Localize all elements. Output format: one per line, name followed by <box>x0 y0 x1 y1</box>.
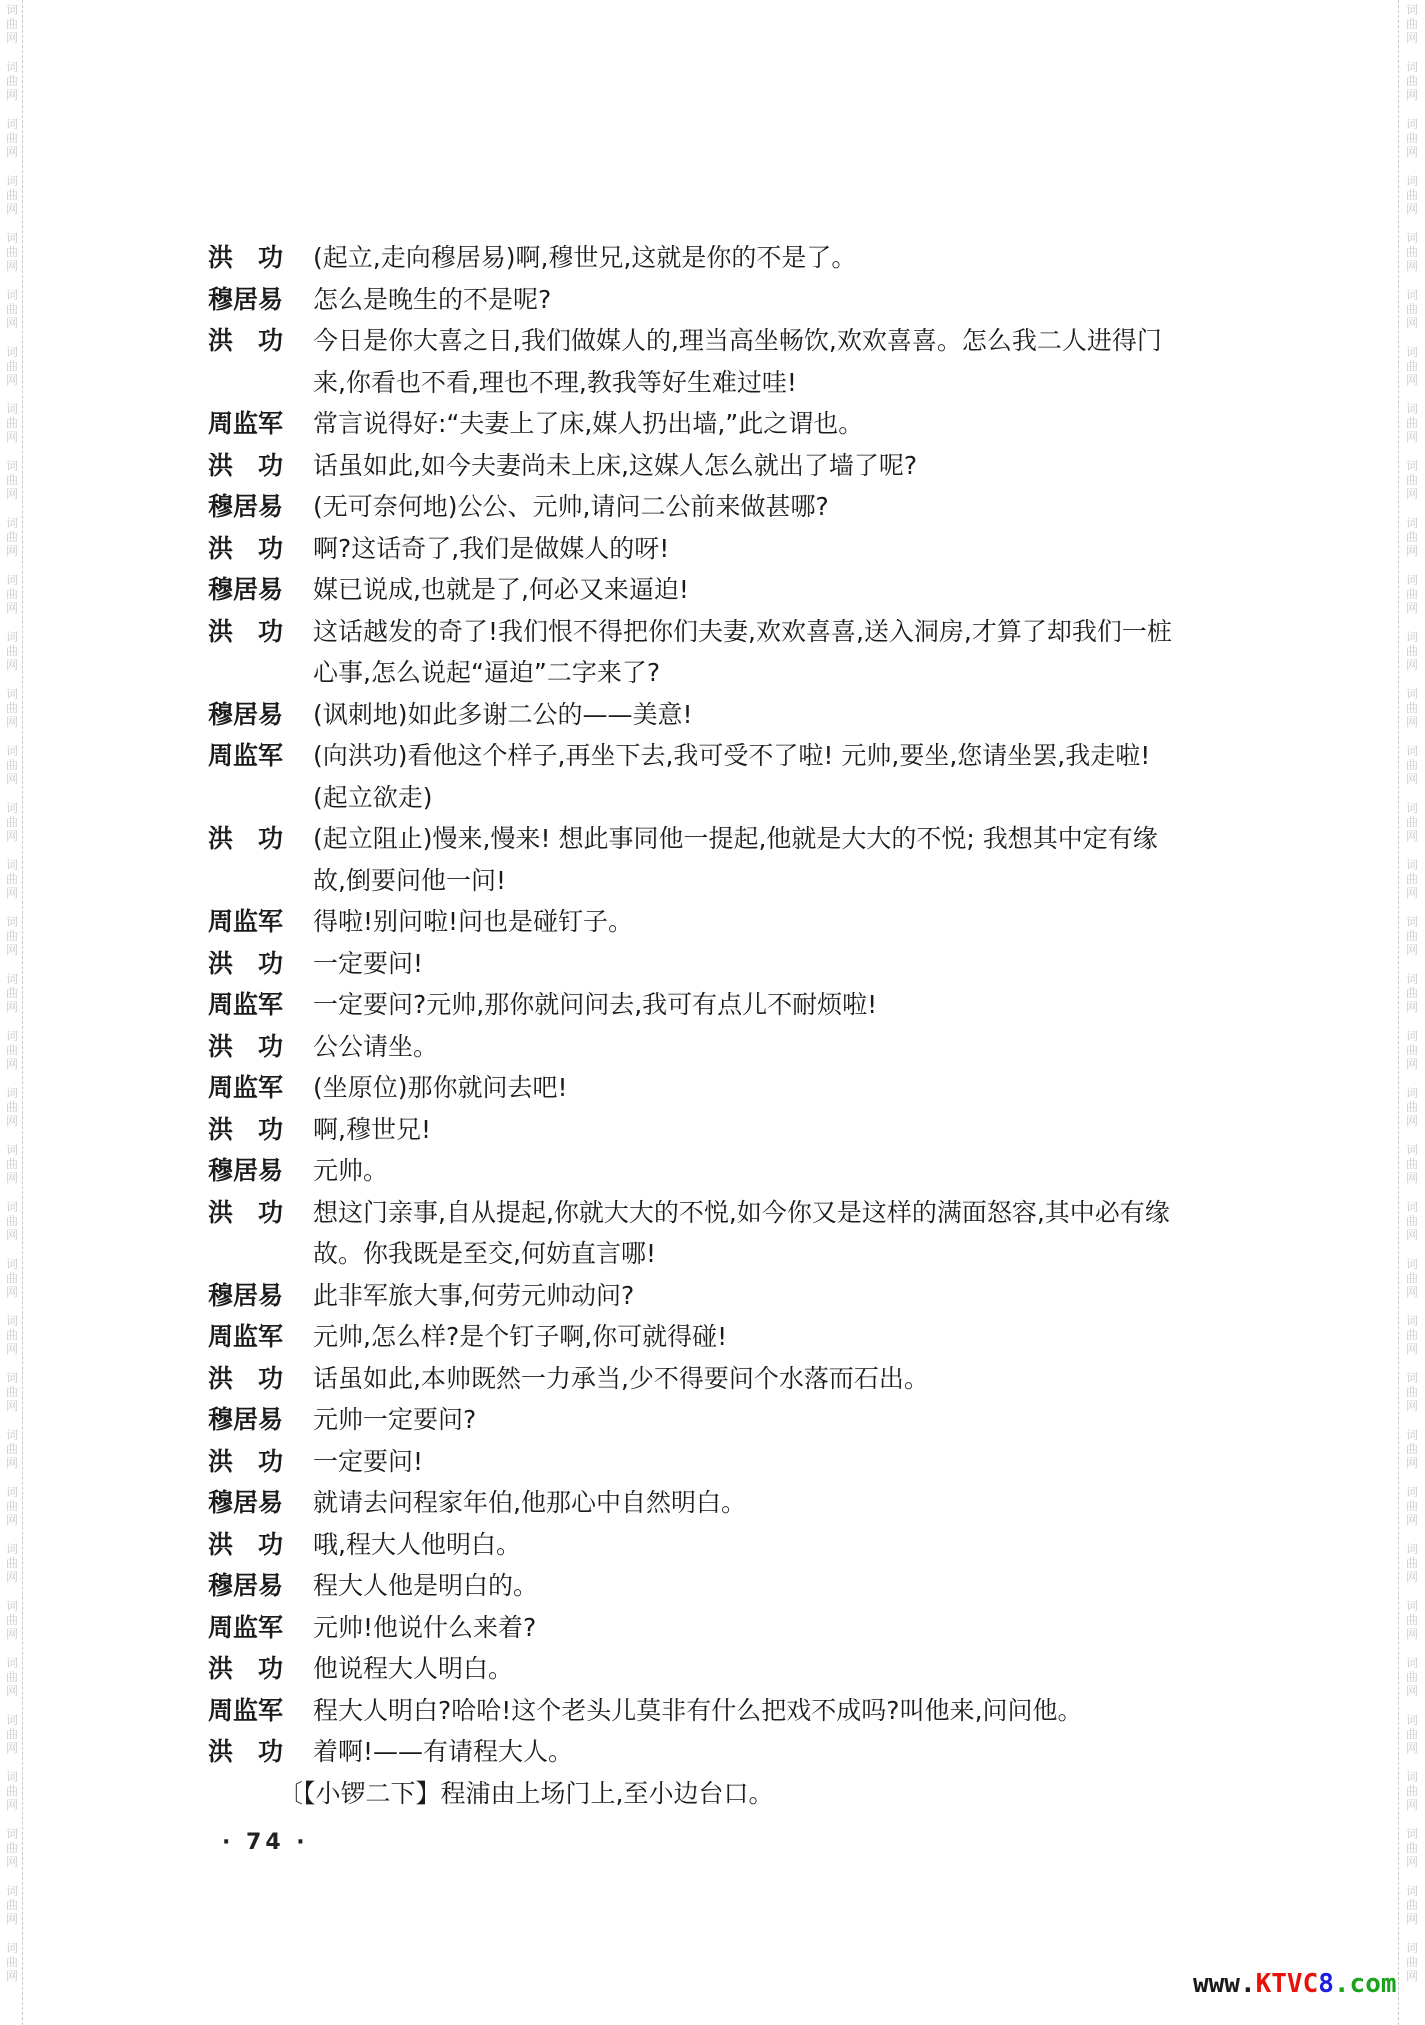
edge-watermark-text: 词曲网 <box>1404 117 1420 159</box>
edge-watermark-text: 词曲网 <box>1404 60 1420 102</box>
scanned-page: 词曲网词曲网词曲网词曲网词曲网词曲网词曲网词曲网词曲网词曲网词曲网词曲网词曲网词… <box>0 0 1425 2025</box>
speaker-name: 穆居易 <box>208 569 283 611</box>
speech: 想这门亲事,自从提起,你就大大的不悦,如今你又是这样的满面怒容,其中必有缘故。你… <box>313 1192 1170 1275</box>
speech: 话虽如此,本帅既然一力承当,少不得要问个水落而石出。 <box>313 1358 929 1400</box>
speaker-name: 周监军 <box>208 1690 283 1732</box>
dialogue-line: 一定要问?元帅,那你就问问去,我可有点儿不耐烦啦! <box>313 984 877 1026</box>
speaker-name: 洪 功 <box>208 818 283 860</box>
speech: (讽刺地)如此多谢二公的——美意! <box>313 694 693 736</box>
edge-watermark-text: 词曲网 <box>4 1941 20 1983</box>
speech: 啊?这话奇了,我们是做媒人的呀! <box>313 528 669 570</box>
edge-watermark-text: 词曲网 <box>4 345 20 387</box>
speaker-name: 穆居易 <box>208 1150 283 1192</box>
edge-watermark-text: 词曲网 <box>4 402 20 444</box>
dialogue-line: 想这门亲事,自从提起,你就大大的不悦,如今你又是这样的满面怒容,其中必有缘 <box>313 1192 1170 1234</box>
edge-watermark-text: 词曲网 <box>4 1542 20 1584</box>
edge-watermark-text: 词曲网 <box>4 231 20 273</box>
script-line: 周监军(坐原位)那你就问去吧! <box>208 1067 1298 1109</box>
dialogue-line: (起立阻止)慢来,慢来! 想此事同他一提起,他就是大大的不悦; 我想其中定有缘 <box>313 818 1158 860</box>
speaker-name: 穆居易 <box>208 279 283 321</box>
edge-watermark-text: 词曲网 <box>4 744 20 786</box>
speaker-name: 洪 功 <box>208 1109 283 1151</box>
speaker-name: 穆居易 <box>208 1399 283 1441</box>
dialogue-line: 啊?这话奇了,我们是做媒人的呀! <box>313 528 669 570</box>
edge-watermark-text: 词曲网 <box>1404 231 1420 273</box>
dialogue-line: 公公请坐。 <box>313 1026 438 1068</box>
script-line: 洪 功一定要问! <box>208 943 1298 985</box>
speech: 他说程大人明白。 <box>313 1648 513 1690</box>
script-line: 洪 功话虽如此,本帅既然一力承当,少不得要问个水落而石出。 <box>208 1358 1298 1400</box>
edge-watermark-text: 词曲网 <box>1404 972 1420 1014</box>
script-line: 穆居易怎么是晚生的不是呢? <box>208 279 1298 321</box>
edge-watermark-text: 词曲网 <box>1404 630 1420 672</box>
speaker-name: 穆居易 <box>208 486 283 528</box>
dialogue-line: 此非军旅大事,何劳元帅动问? <box>313 1275 634 1317</box>
edge-watermark-text: 词曲网 <box>1404 1656 1420 1698</box>
speech: 一定要问! <box>313 1441 423 1483</box>
edge-watermark-text: 词曲网 <box>4 288 20 330</box>
speech: 今日是你大喜之日,我们做媒人的,理当高坐畅饮,欢欢喜喜。怎么我二人进得门来,你看… <box>313 320 1162 403</box>
dialogue-line: 话虽如此,如今夫妻尚未上床,这媒人怎么就出了墙了呢? <box>313 445 917 487</box>
speech: 元帅。 <box>313 1150 388 1192</box>
edge-watermark-text: 词曲网 <box>4 1827 20 1869</box>
edge-watermark-text: 词曲网 <box>4 1884 20 1926</box>
dialogue-line: 话虽如此,本帅既然一力承当,少不得要问个水落而石出。 <box>313 1358 929 1400</box>
speaker-name: 洪 功 <box>208 320 283 362</box>
edge-watermark-text: 词曲网 <box>1404 288 1420 330</box>
script-line: 洪 功公公请坐。 <box>208 1026 1298 1068</box>
script-line: 穆居易(讽刺地)如此多谢二公的——美意! <box>208 694 1298 736</box>
edge-watermark-text: 词曲网 <box>1404 915 1420 957</box>
edge-watermark-text: 词曲网 <box>1404 1200 1420 1242</box>
edge-watermark-text: 词曲网 <box>1404 459 1420 501</box>
dialogue-line: 媒已说成,也就是了,何必又来逼迫! <box>313 569 689 611</box>
speaker-name: 洪 功 <box>208 1731 283 1773</box>
script-line: 穆居易媒已说成,也就是了,何必又来逼迫! <box>208 569 1298 611</box>
edge-watermark-text: 词曲网 <box>1404 858 1420 900</box>
edge-watermark-text: 词曲网 <box>4 60 20 102</box>
speaker-name: 洪 功 <box>208 1648 283 1690</box>
script-line: 周监军元帅!他说什么来着? <box>208 1607 1298 1649</box>
edge-watermark-text: 词曲网 <box>1404 1371 1420 1413</box>
page-number: · 74 · <box>222 1830 309 1855</box>
speaker-name: 洪 功 <box>208 445 283 487</box>
script-line: 穆居易元帅。 <box>208 1150 1298 1192</box>
edge-watermark-text: 词曲网 <box>1404 1314 1420 1356</box>
dialogue-line: 着啊!——有请程大人。 <box>313 1731 573 1773</box>
speaker-name: 周监军 <box>208 1067 283 1109</box>
speech: 怎么是晚生的不是呢? <box>313 279 551 321</box>
edge-watermark-text: 词曲网 <box>4 1029 20 1071</box>
dialogue-line: 程大人他是明白的。 <box>313 1565 538 1607</box>
edge-watermark-text: 词曲网 <box>4 972 20 1014</box>
speaker-name: 周监军 <box>208 403 283 445</box>
script-line: 周监军常言说得好:“夫妻上了床,媒人扔出墙,”此之谓也。 <box>208 403 1298 445</box>
script-line: 洪 功着啊!——有请程大人。 <box>208 1731 1298 1773</box>
edge-watermark-text: 词曲网 <box>4 459 20 501</box>
speech: (无可奈何地)公公、元帅,请问二公前来做甚哪? <box>313 486 829 528</box>
speech: 哦,程大人他明白。 <box>313 1524 521 1566</box>
edge-watermark-text: 词曲网 <box>1404 1029 1420 1071</box>
speaker-name: 洪 功 <box>208 1026 283 1068</box>
edge-watermark-text: 词曲网 <box>1404 1086 1420 1128</box>
edge-watermark-text: 词曲网 <box>1404 1770 1420 1812</box>
script-line: 周监军程大人明白?哈哈!这个老头儿莫非有什么把戏不成吗?叫他来,问问他。 <box>208 1690 1298 1732</box>
edge-watermark-text: 词曲网 <box>1404 516 1420 558</box>
script-line: 洪 功啊,穆世兄! <box>208 1109 1298 1151</box>
edge-watermark-text: 词曲网 <box>4 1599 20 1641</box>
dialogue-line: 常言说得好:“夫妻上了床,媒人扔出墙,”此之谓也。 <box>313 403 863 445</box>
speaker-name: 洪 功 <box>208 1192 283 1234</box>
speech: (起立阻止)慢来,慢来! 想此事同他一提起,他就是大大的不悦; 我想其中定有缘故… <box>313 818 1158 901</box>
edge-watermark-text: 词曲网 <box>1404 1257 1420 1299</box>
script-line: 周监军(向洪功)看他这个样子,再坐下去,我可受不了啦! 元帅,要坐,您请坐罢,我… <box>208 735 1298 818</box>
speaker-name: 周监军 <box>208 1607 283 1649</box>
speech: 得啦!别问啦!问也是碰钉子。 <box>313 901 633 943</box>
script-line: 洪 功一定要问! <box>208 1441 1298 1483</box>
dialogue-line: 故。你我既是至交,何妨直言哪! <box>313 1233 1170 1275</box>
edge-watermark-text: 词曲网 <box>4 858 20 900</box>
speech: 元帅!他说什么来着? <box>313 1607 536 1649</box>
dialogue-line: (讽刺地)如此多谢二公的——美意! <box>313 694 693 736</box>
dialogue-line: (起立欲走) <box>313 777 1150 819</box>
edge-watermark-text: 词曲网 <box>4 1713 20 1755</box>
speech: 常言说得好:“夫妻上了床,媒人扔出墙,”此之谓也。 <box>313 403 863 445</box>
edge-watermark-text: 词曲网 <box>4 1086 20 1128</box>
script-line: 穆居易元帅一定要问? <box>208 1399 1298 1441</box>
edge-watermark-text: 词曲网 <box>4 630 20 672</box>
site-watermark-segment: www. <box>1193 1969 1256 1999</box>
script-line: 洪 功今日是你大喜之日,我们做媒人的,理当高坐畅饮,欢欢喜喜。怎么我二人进得门来… <box>208 320 1298 403</box>
speaker-name: 周监军 <box>208 984 283 1026</box>
edge-watermark-text: 词曲网 <box>4 1428 20 1470</box>
edge-watermark-text: 词曲网 <box>4 1257 20 1299</box>
script-body: 洪 功(起立,走向穆居易)啊,穆世兄,这就是你的不是了。穆居易怎么是晚生的不是呢… <box>208 237 1298 1814</box>
stage-direction-text: 〔【小锣二下】程浦由上场门上,至小边台口。 <box>278 1773 1298 1815</box>
speaker-name: 洪 功 <box>208 1524 283 1566</box>
script-line: 穆居易程大人他是明白的。 <box>208 1565 1298 1607</box>
speech: 这话越发的奇了!我们恨不得把你们夫妻,欢欢喜喜,送入洞房,才算了却我们一桩心事,… <box>313 611 1172 694</box>
dialogue-line: (向洪功)看他这个样子,再坐下去,我可受不了啦! 元帅,要坐,您请坐罢,我走啦! <box>313 735 1150 777</box>
dialogue-line: 他说程大人明白。 <box>313 1648 513 1690</box>
dialogue-line: (坐原位)那你就问去吧! <box>313 1067 568 1109</box>
speaker-name: 穆居易 <box>208 694 283 736</box>
edge-watermark-text: 词曲网 <box>1404 174 1420 216</box>
edge-watermark-text: 词曲网 <box>1404 1941 1420 1983</box>
speaker-name: 周监军 <box>208 1316 283 1358</box>
speech: 公公请坐。 <box>313 1026 438 1068</box>
edge-watermark-text: 词曲网 <box>1404 1827 1420 1869</box>
edge-watermark-text: 词曲网 <box>1404 1143 1420 1185</box>
dialogue-line: 就请去问程家年伯,他那心中自然明白。 <box>313 1482 746 1524</box>
speech: 话虽如此,如今夫妻尚未上床,这媒人怎么就出了墙了呢? <box>313 445 917 487</box>
edge-watermark-text: 词曲网 <box>1404 573 1420 615</box>
stage-direction: 〔【小锣二下】程浦由上场门上,至小边台口。 <box>278 1773 1298 1815</box>
speech: (坐原位)那你就问去吧! <box>313 1067 568 1109</box>
speaker-name: 穆居易 <box>208 1565 283 1607</box>
dialogue-line: 故,倒要问他一问! <box>313 860 1158 902</box>
dialogue-line: 哦,程大人他明白。 <box>313 1524 521 1566</box>
site-watermark-segment: KTVC <box>1256 1969 1319 1999</box>
edge-watermark-text: 词曲网 <box>4 117 20 159</box>
script-line: 洪 功(起立阻止)慢来,慢来! 想此事同他一提起,他就是大大的不悦; 我想其中定… <box>208 818 1298 901</box>
speaker-name: 洪 功 <box>208 1358 283 1400</box>
dialogue-line: 元帅一定要问? <box>313 1399 476 1441</box>
dialogue-line: 来,你看也不看,理也不理,教我等好生难过哇! <box>313 362 1162 404</box>
edge-watermark-text: 词曲网 <box>4 687 20 729</box>
speaker-name: 周监军 <box>208 901 283 943</box>
script-line: 穆居易此非军旅大事,何劳元帅动问? <box>208 1275 1298 1317</box>
speaker-name: 洪 功 <box>208 528 283 570</box>
edge-watermark-text: 词曲网 <box>1404 402 1420 444</box>
speaker-name: 穆居易 <box>208 1275 283 1317</box>
speech: 元帅,怎么样?是个钉子啊,你可就得碰! <box>313 1316 727 1358</box>
edge-watermark-text: 词曲网 <box>1404 1485 1420 1527</box>
speech: 就请去问程家年伯,他那心中自然明白。 <box>313 1482 746 1524</box>
edge-watermark-text: 词曲网 <box>4 915 20 957</box>
speaker-name: 周监军 <box>208 735 283 777</box>
speech: 媒已说成,也就是了,何必又来逼迫! <box>313 569 689 611</box>
edge-dashed-line-left <box>22 0 23 2025</box>
edge-watermark-text: 词曲网 <box>4 1200 20 1242</box>
speaker-name: 洪 功 <box>208 237 283 279</box>
speech: 程大人明白?哈哈!这个老头儿莫非有什么把戏不成吗?叫他来,问问他。 <box>313 1690 1083 1732</box>
script-line: 洪 功(起立,走向穆居易)啊,穆世兄,这就是你的不是了。 <box>208 237 1298 279</box>
script-line: 洪 功这话越发的奇了!我们恨不得把你们夫妻,欢欢喜喜,送入洞房,才算了却我们一桩… <box>208 611 1298 694</box>
edge-watermark-text: 词曲网 <box>1404 1884 1420 1926</box>
edge-watermark-text: 词曲网 <box>4 573 20 615</box>
edge-watermark-left: 词曲网词曲网词曲网词曲网词曲网词曲网词曲网词曲网词曲网词曲网词曲网词曲网词曲网词… <box>4 3 20 1998</box>
dialogue-line: (起立,走向穆居易)啊,穆世兄,这就是你的不是了。 <box>313 237 856 279</box>
script-line: 洪 功想这门亲事,自从提起,你就大大的不悦,如今你又是这样的满面怒容,其中必有缘… <box>208 1192 1298 1275</box>
dialogue-line: 这话越发的奇了!我们恨不得把你们夫妻,欢欢喜喜,送入洞房,才算了却我们一桩 <box>313 611 1172 653</box>
edge-watermark-text: 词曲网 <box>4 174 20 216</box>
edge-watermark-text: 词曲网 <box>1404 1599 1420 1641</box>
script-line: 周监军一定要问?元帅,那你就问问去,我可有点儿不耐烦啦! <box>208 984 1298 1026</box>
script-line: 洪 功哦,程大人他明白。 <box>208 1524 1298 1566</box>
script-line: 洪 功啊?这话奇了,我们是做媒人的呀! <box>208 528 1298 570</box>
edge-watermark-text: 词曲网 <box>1404 744 1420 786</box>
speech: 一定要问?元帅,那你就问问去,我可有点儿不耐烦啦! <box>313 984 877 1026</box>
speech: 元帅一定要问? <box>313 1399 476 1441</box>
speech: 一定要问! <box>313 943 423 985</box>
script-line: 洪 功他说程大人明白。 <box>208 1648 1298 1690</box>
edge-dashed-line-right <box>1398 0 1399 2025</box>
speaker-name: 洪 功 <box>208 1441 283 1483</box>
edge-watermark-text: 词曲网 <box>1404 1542 1420 1584</box>
script-line: 穆居易(无可奈何地)公公、元帅,请问二公前来做甚哪? <box>208 486 1298 528</box>
script-line: 周监军元帅,怎么样?是个钉子啊,你可就得碰! <box>208 1316 1298 1358</box>
edge-watermark-text: 词曲网 <box>1404 345 1420 387</box>
script-line: 洪 功话虽如此,如今夫妻尚未上床,这媒人怎么就出了墙了呢? <box>208 445 1298 487</box>
site-watermark: www.KTVC8.com <box>1193 1971 1397 1997</box>
edge-watermark-text: 词曲网 <box>1404 1713 1420 1755</box>
edge-watermark-text: 词曲网 <box>4 1143 20 1185</box>
edge-watermark-text: 词曲网 <box>4 1314 20 1356</box>
edge-watermark-text: 词曲网 <box>4 3 20 45</box>
dialogue-line: 元帅。 <box>313 1150 388 1192</box>
edge-watermark-text: 词曲网 <box>4 516 20 558</box>
site-watermark-segment: .com <box>1334 1969 1397 1999</box>
speech: 此非军旅大事,何劳元帅动问? <box>313 1275 634 1317</box>
speech: 着啊!——有请程大人。 <box>313 1731 573 1773</box>
dialogue-line: 怎么是晚生的不是呢? <box>313 279 551 321</box>
edge-watermark-text: 词曲网 <box>4 1770 20 1812</box>
speaker-name: 洪 功 <box>208 611 283 653</box>
edge-watermark-text: 词曲网 <box>1404 801 1420 843</box>
script-line: 穆居易就请去问程家年伯,他那心中自然明白。 <box>208 1482 1298 1524</box>
edge-watermark-right: 词曲网词曲网词曲网词曲网词曲网词曲网词曲网词曲网词曲网词曲网词曲网词曲网词曲网词… <box>1404 3 1420 1998</box>
script-line: 周监军得啦!别问啦!问也是碰钉子。 <box>208 901 1298 943</box>
edge-watermark-text: 词曲网 <box>1404 3 1420 45</box>
site-watermark-segment: 8 <box>1318 1969 1334 1999</box>
dialogue-line: 心事,怎么说起“逼迫”二字来了? <box>313 652 1172 694</box>
dialogue-line: 一定要问! <box>313 943 423 985</box>
dialogue-line: 元帅!他说什么来着? <box>313 1607 536 1649</box>
edge-watermark-text: 词曲网 <box>4 1371 20 1413</box>
dialogue-line: (无可奈何地)公公、元帅,请问二公前来做甚哪? <box>313 486 829 528</box>
edge-watermark-text: 词曲网 <box>4 801 20 843</box>
edge-watermark-text: 词曲网 <box>1404 687 1420 729</box>
speech: 程大人他是明白的。 <box>313 1565 538 1607</box>
dialogue-line: 啊,穆世兄! <box>313 1109 431 1151</box>
dialogue-line: 程大人明白?哈哈!这个老头儿莫非有什么把戏不成吗?叫他来,问问他。 <box>313 1690 1083 1732</box>
speaker-name: 洪 功 <box>208 943 283 985</box>
speech: 啊,穆世兄! <box>313 1109 431 1151</box>
dialogue-line: 得啦!别问啦!问也是碰钉子。 <box>313 901 633 943</box>
speaker-name: 穆居易 <box>208 1482 283 1524</box>
edge-watermark-text: 词曲网 <box>4 1656 20 1698</box>
speech: (向洪功)看他这个样子,再坐下去,我可受不了啦! 元帅,要坐,您请坐罢,我走啦!… <box>313 735 1150 818</box>
speech: (起立,走向穆居易)啊,穆世兄,这就是你的不是了。 <box>313 237 856 279</box>
edge-watermark-text: 词曲网 <box>4 1485 20 1527</box>
dialogue-line: 一定要问! <box>313 1441 423 1483</box>
edge-watermark-text: 词曲网 <box>1404 1428 1420 1470</box>
dialogue-line: 今日是你大喜之日,我们做媒人的,理当高坐畅饮,欢欢喜喜。怎么我二人进得门 <box>313 320 1162 362</box>
dialogue-line: 元帅,怎么样?是个钉子啊,你可就得碰! <box>313 1316 727 1358</box>
